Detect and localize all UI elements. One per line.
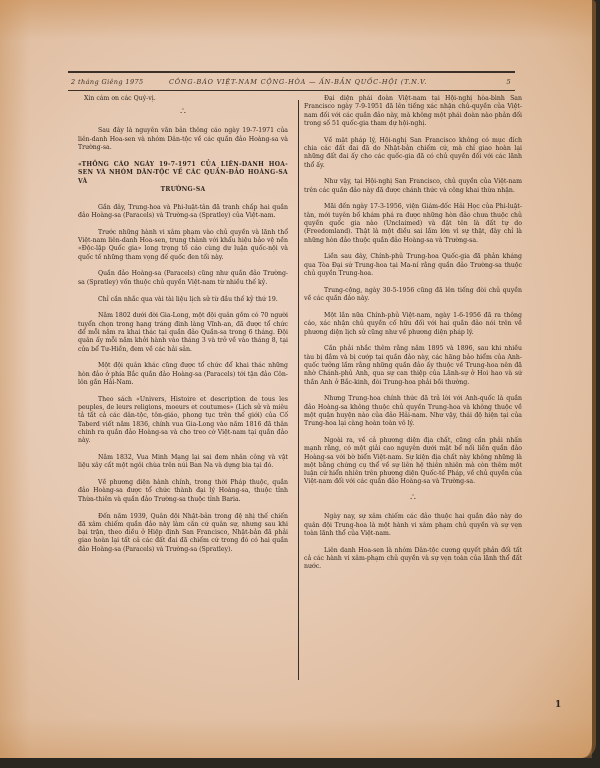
ornament-divider: ∴ xyxy=(304,495,522,501)
left-column: Xin cám ơn các Quý-vị. ∴ Sau đây là nguy… xyxy=(78,95,288,562)
paragraph: Năm 1832, Vua Minh Mạng lại sai đem nhân… xyxy=(78,454,288,471)
ornament-divider: ∴ xyxy=(78,109,288,115)
paragraph: Cần phải nhắc thêm rằng năm 1895 và 1896… xyxy=(304,345,522,386)
header-publication-title: CÔNG-BÁO VIỆT-NAM CỘNG-HÒA — ẤN-BẢN QUỐC… xyxy=(161,78,481,86)
paragraph: Ngoài ra, về cả phương diện địa chất, cũ… xyxy=(304,437,522,487)
scanned-page: 2 tháng Giêng 1975 CÔNG-BÁO VIỆT-NAM CỘN… xyxy=(0,0,596,758)
paragraph: Như vậy, tại Hội-nghị San Francisco, chủ… xyxy=(304,178,522,195)
closing-line: Xin cám ơn các Quý-vị. xyxy=(78,95,288,103)
paragraph: Mãi đến ngày 17-3-1956, viện Giám-đốc Hả… xyxy=(304,203,522,244)
header-date: 2 tháng Giêng 1975 xyxy=(68,78,161,86)
paragraph: Một đội quân khác cũng được tổ chức để k… xyxy=(78,362,288,387)
paragraph: Năm 1802 dưới đời Gia-Long, một đội quân… xyxy=(78,312,288,353)
paragraph: Nhưng Trung-hoa chính thức đã trả lời vớ… xyxy=(304,395,522,428)
folio-mark: 1 xyxy=(555,700,561,710)
running-header: 2 tháng Giêng 1975 CÔNG-BÁO VIỆT-NAM CỘN… xyxy=(68,71,515,91)
paragraph: Quần đảo Hoàng-sa (Paracels) cũng như qu… xyxy=(78,270,288,287)
paragraph: Chỉ cần nhắc qua vài tài liệu lịch sử từ… xyxy=(78,296,288,304)
paragraph: Một lần nữa Chính-phủ Việt-nam, ngày 1-6… xyxy=(304,312,522,337)
column-divider xyxy=(298,100,299,680)
heading-line-2: TRƯỜNG-SA xyxy=(78,186,288,195)
paragraph: Liên danh Hoa-sen là nhóm Dân-tộc cương … xyxy=(304,547,522,572)
paragraph: Đến năm 1939, Quân đội Nhật-bản trong đệ… xyxy=(78,513,288,554)
heading-line-1: «THÔNG CÁO NGÀY 19-7-1971 CỦA LIÊN-DANH … xyxy=(78,161,288,185)
paragraph: Về mặt pháp lý, Hội-nghị San Francisco k… xyxy=(304,137,522,170)
intro-paragraph: Sau đây là nguyên văn bản thông cáo ngày… xyxy=(78,127,288,152)
paragraph: Đại diện phái đoàn Việt-nam tại Hội-nghị… xyxy=(304,95,522,128)
right-column: Đại diện phái đoàn Việt-nam tại Hội-nghị… xyxy=(304,95,522,580)
paragraph: Theo sách «Univers, Histoire et descript… xyxy=(78,396,288,446)
paragraph: Về phương diện hành chính, trong thời Ph… xyxy=(78,479,288,504)
paragraph: Trước những hành vi xâm phạm vào chủ quy… xyxy=(78,229,288,262)
header-page-number: 5 xyxy=(481,78,515,86)
paragraph: Liền sau đây, Chính-phủ Trung-hoa Quốc-g… xyxy=(304,253,522,278)
paragraph: Ngày nay, sự xâm chiếm các đảo thuộc hai… xyxy=(304,513,522,538)
communique-heading: «THÔNG CÁO NGÀY 19-7-1971 CỦA LIÊN-DANH … xyxy=(78,161,288,195)
paragraph: Trung-cộng, ngày 30-5-1956 cũng đã lên t… xyxy=(304,287,522,304)
paragraph: Gần đây, Trung-hoa và Phi-luật-tân đã tr… xyxy=(78,204,288,221)
